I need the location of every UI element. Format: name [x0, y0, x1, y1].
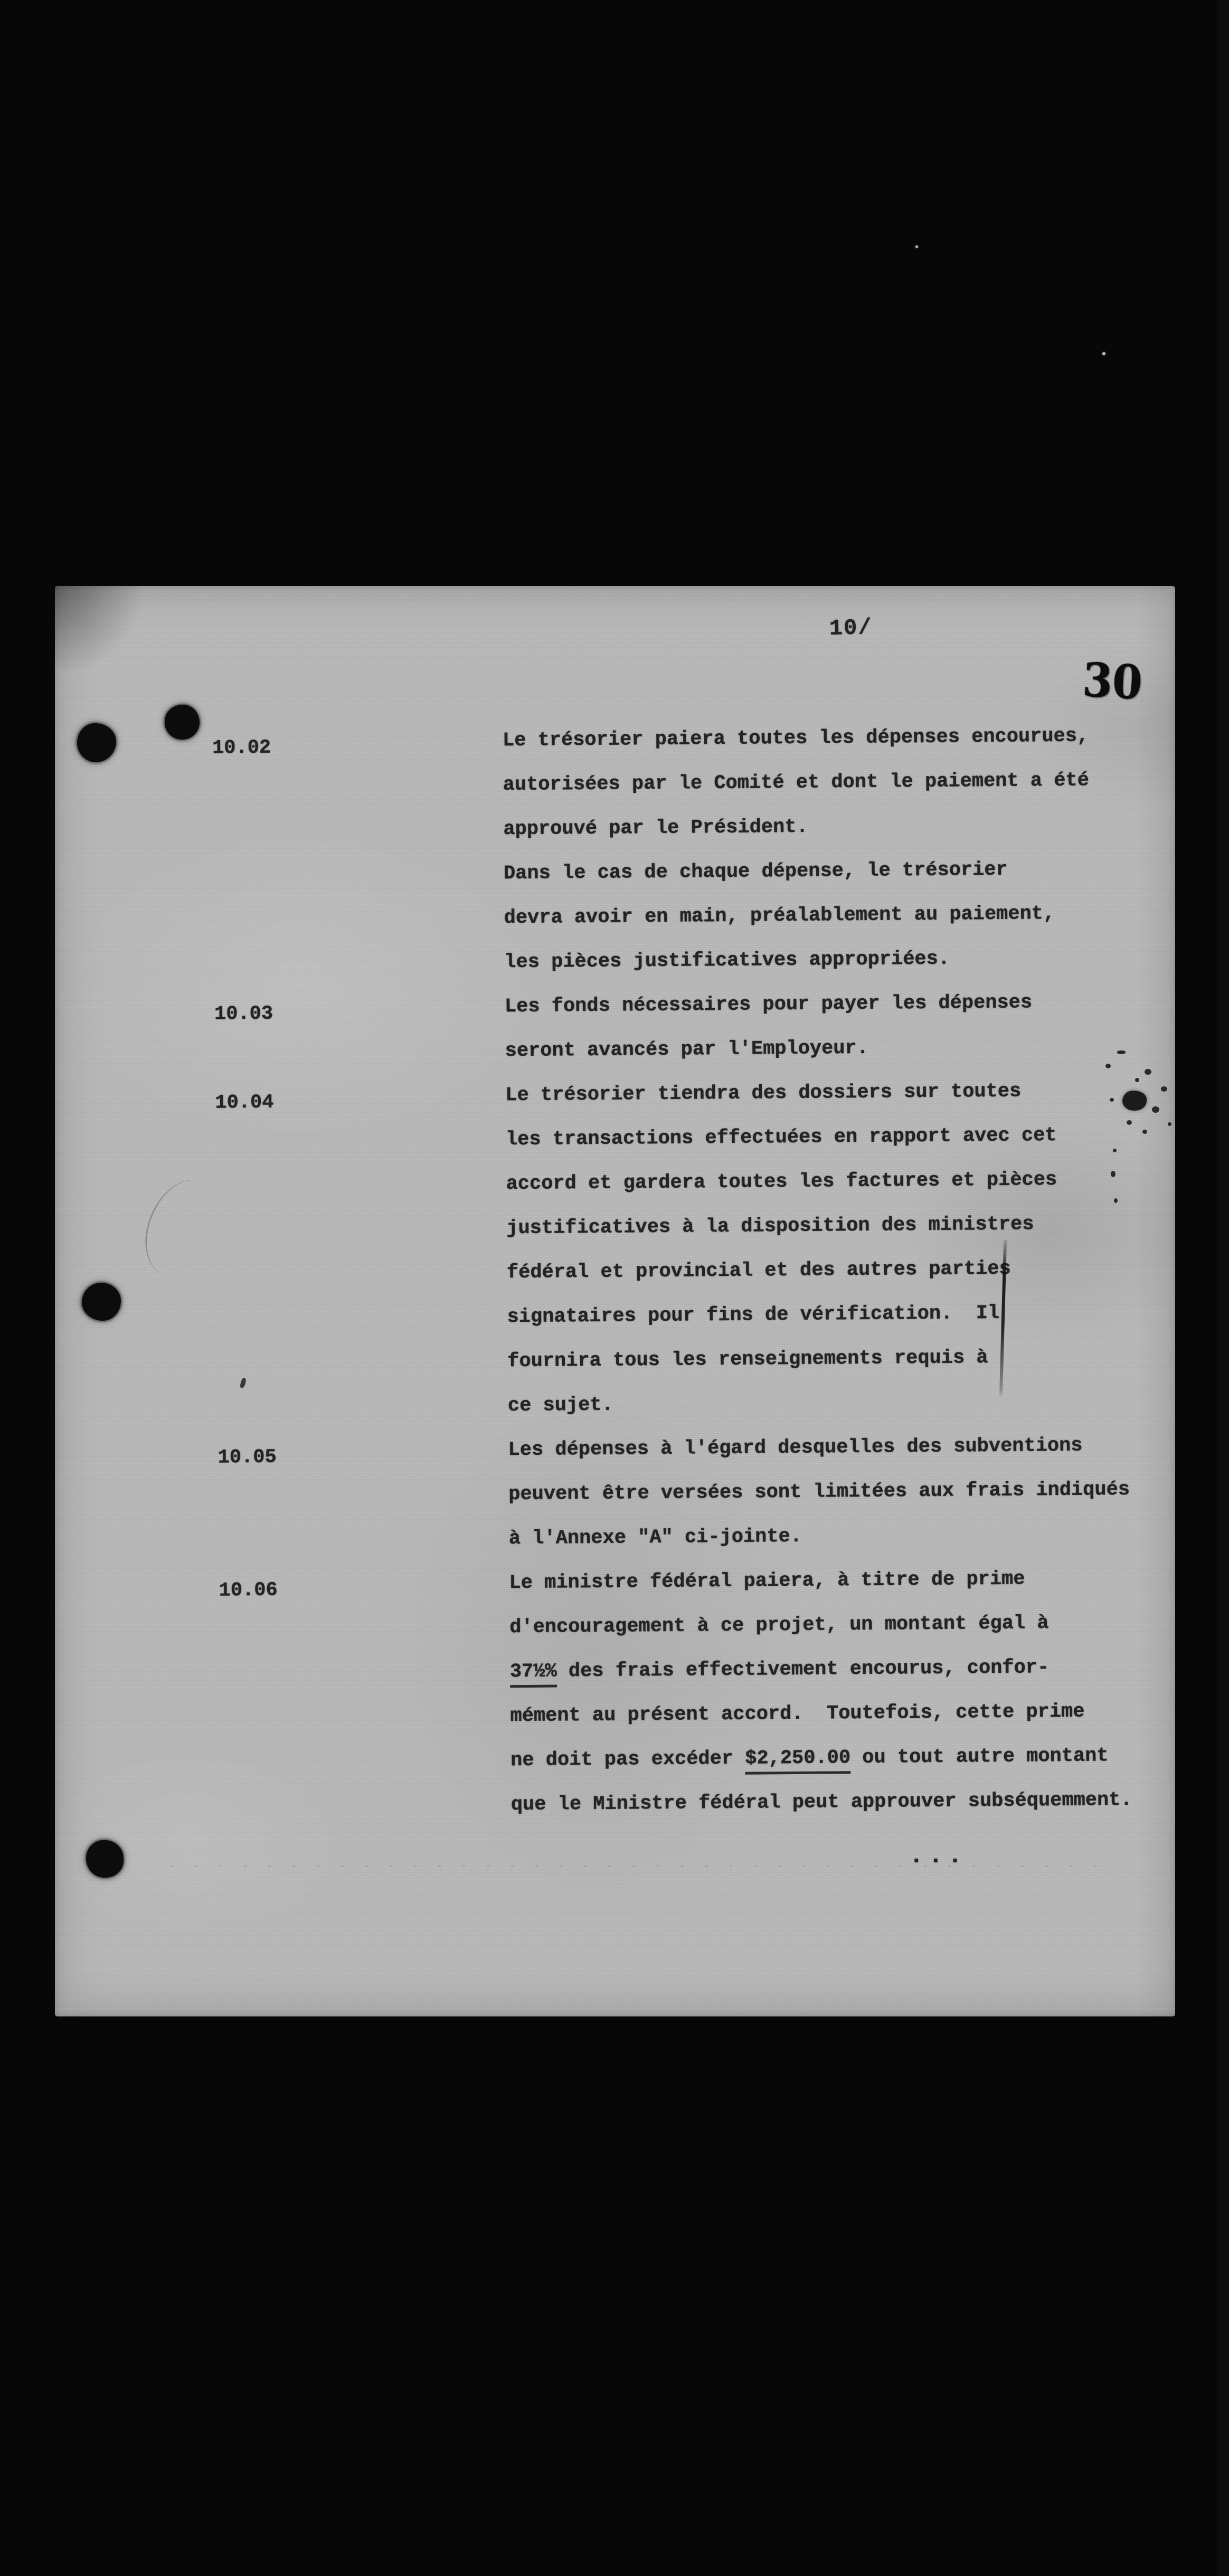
line-text: Le trésorier tiendra des dossiers sur to…: [505, 1068, 1174, 1117]
text-segment: à l'Annexe "A" ci-jointe.: [509, 1526, 802, 1550]
text-line: que le Ministre fédéral peut approuver s…: [59, 1777, 1180, 1831]
line-text: Les dépenses à l'égard desquelles des su…: [508, 1423, 1177, 1472]
line-text: d'encouragement à ce projet, un montant …: [509, 1600, 1178, 1650]
ink-spatter: [1168, 1122, 1171, 1126]
text-segment: Le trésorier tiendra des dossiers sur to…: [505, 1081, 1021, 1107]
ink-spatter: [1113, 1149, 1117, 1152]
page-number: 10/: [829, 615, 873, 641]
text-segment: signataires pour fins de vérification. I…: [507, 1302, 999, 1328]
text-segment: les transactions effectuées en rapport a…: [506, 1124, 1057, 1151]
text-segment: ce sujet.: [508, 1394, 613, 1417]
text-segment: ou tout autre montant: [850, 1745, 1109, 1769]
line-text: 37½% des frais effectivement encourus, c…: [510, 1644, 1179, 1694]
text-segment: approuvé par le Président.: [503, 816, 808, 841]
text-segment: fédéral et provincial et des autres part…: [507, 1258, 1011, 1284]
ink-spatter: [1114, 1198, 1118, 1203]
text-segment: fournira tous les renseignements requis …: [507, 1347, 988, 1372]
text-segment: que le Ministre fédéral peut approuver s…: [511, 1789, 1132, 1816]
line-text: seront avancés par l'Employeur.: [505, 1024, 1174, 1073]
text-segment: les pièces justificatives appropriées.: [504, 948, 950, 974]
line-text: peuvent être versées sont limitées aux f…: [508, 1467, 1177, 1517]
punch-hole: [165, 705, 200, 740]
line-text: les pièces justificatives appropriées.: [504, 935, 1173, 984]
ink-spatter: [1142, 1130, 1147, 1134]
ink-spatter: [1145, 1069, 1151, 1075]
line-text: ne doit pas excéder $2,250.00 ou tout au…: [510, 1733, 1179, 1783]
text-block: 10.02Le trésorier paiera toutes les dépe…: [51, 713, 1179, 1831]
line-text: Les fonds nécessaires pour payer les dép…: [505, 979, 1174, 1029]
text-segment: accord et gardera toutes les factures et…: [506, 1169, 1057, 1195]
punch-hole: [82, 1283, 121, 1321]
dust-speck: [915, 245, 918, 248]
underlined-text: 37½%: [510, 1661, 557, 1688]
line-text: devra avoir en main, préalablement au pa…: [504, 891, 1173, 940]
text-segment: Le trésorier paiera toutes les dépenses …: [503, 725, 1089, 752]
scanned-document-page: 10/ 30 10.02Le trésorier paiera toutes l…: [55, 586, 1175, 2016]
line-text: Dans le cas de chaque dépense, le trésor…: [504, 846, 1173, 896]
ink-spatter: [1135, 1078, 1139, 1082]
ink-spatter: [1117, 1050, 1126, 1054]
paragraph-number: 10.03: [214, 992, 273, 1037]
faint-dotted-line: [171, 1865, 1100, 1867]
ink-spatter: [1110, 1098, 1114, 1102]
ink-spatter: [1127, 1120, 1132, 1125]
line-text: ce sujet.: [508, 1378, 1177, 1428]
line-text: Le ministre fédéral paiera, à titre de p…: [509, 1556, 1178, 1605]
text-segment: Les fonds nécessaires pour payer les dép…: [505, 991, 1032, 1018]
ink-spatter: [1105, 1064, 1111, 1068]
ink-spatter: [1111, 1171, 1115, 1177]
paragraph-number: 10.05: [218, 1435, 277, 1480]
microfilm-frame: { "colors": { "film_background": "#07070…: [0, 0, 1229, 2576]
line-text: accord et gardera toutes les factures et…: [506, 1157, 1175, 1206]
line-text: justificatives à la disposition des mini…: [506, 1201, 1175, 1251]
paragraph-number: 10.04: [215, 1081, 274, 1125]
handwritten-folio-number: 30: [1081, 652, 1143, 710]
ink-spatter: [1152, 1106, 1159, 1113]
line-text: mément au présent accord. Toutefois, cet…: [510, 1689, 1179, 1738]
line-text: signataires pour fins de vérification. I…: [507, 1290, 1176, 1339]
ink-spatter: [1161, 1086, 1167, 1092]
text-segment: Le ministre fédéral paiera, à titre de p…: [509, 1568, 1025, 1595]
text-segment: mément au présent accord. Toutefois, cet…: [510, 1701, 1084, 1728]
line-text: fédéral et provincial et des autres part…: [507, 1245, 1176, 1295]
line-text: approuvé par le Président.: [503, 802, 1172, 851]
text-segment: des frais effectivement encourus, confor…: [557, 1656, 1050, 1682]
line-text: à l'Annexe "A" ci-jointe.: [509, 1511, 1178, 1561]
text-segment: autorisées par le Comité et dont le paie…: [503, 770, 1089, 797]
text-segment: devra avoir en main, préalablement au pa…: [504, 903, 1055, 929]
paragraph-number: 10.02: [212, 726, 271, 771]
film-edge-seam: [1217, 0, 1229, 2576]
text-segment: ne doit pas excéder: [510, 1748, 745, 1772]
line-text: que le Ministre fédéral peut approuver s…: [511, 1777, 1180, 1827]
film-background: 10/ 30 10.02Le trésorier paiera toutes l…: [0, 0, 1229, 2576]
ink-spatter: [1122, 1091, 1147, 1111]
text-segment: Les dépenses à l'égard desquelles des su…: [508, 1435, 1082, 1462]
text-segment: seront avancés par l'Employeur.: [505, 1037, 869, 1062]
line-text: les transactions effectuées en rapport a…: [506, 1112, 1175, 1162]
paragraph-number: 10.06: [219, 1568, 278, 1613]
line-text: fournira tous les renseignements requis …: [507, 1334, 1176, 1384]
dust-speck: [1102, 352, 1105, 355]
line-text: Le trésorier paiera toutes les dépenses …: [503, 713, 1171, 763]
line-text: autorisées par le Comité et dont le paie…: [503, 757, 1171, 807]
text-segment: Dans le cas de chaque dépense, le trésor…: [504, 859, 1008, 885]
text-segment: peuvent être versées sont limitées aux f…: [508, 1479, 1130, 1505]
punch-hole: [86, 1840, 124, 1878]
text-segment: justificatives à la disposition des mini…: [506, 1213, 1034, 1239]
underlined-text: $2,250.00: [745, 1747, 850, 1775]
text-segment: d'encouragement à ce projet, un montant …: [509, 1612, 1049, 1639]
